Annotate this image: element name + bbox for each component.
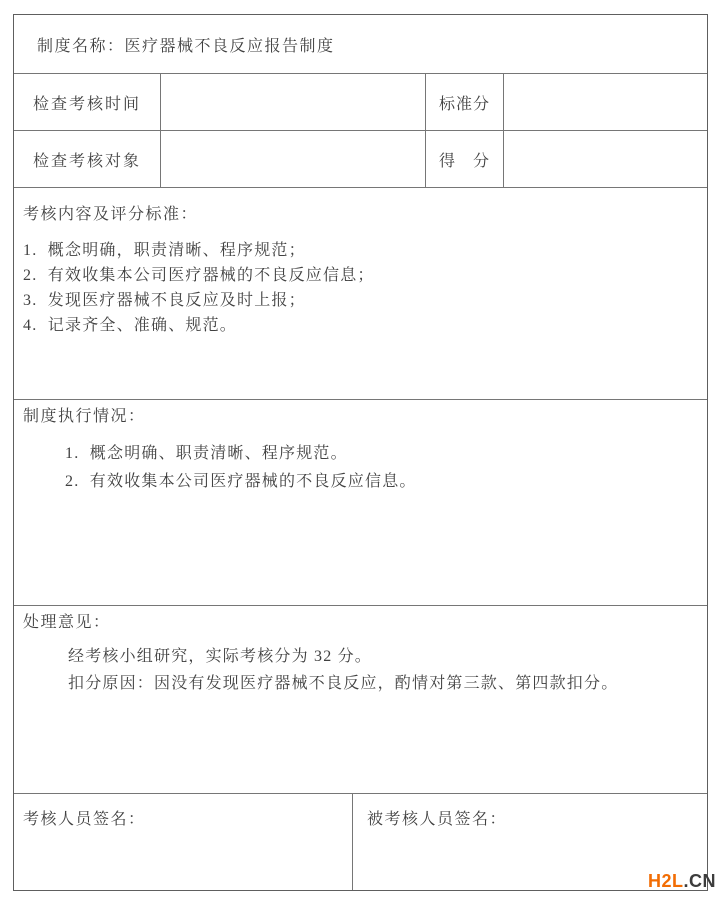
list-item: 4. 记录齐全、准确、规范。 bbox=[23, 313, 695, 338]
list-item: 1. 概念明确，职责清晰、程序规范； bbox=[23, 238, 695, 263]
list-item: 扣分原因：因没有发现医疗器械不良反应，酌情对第三款、第四款扣分。 bbox=[23, 670, 695, 697]
obtained-score-value-cell bbox=[504, 131, 707, 187]
check-time-value-cell bbox=[161, 74, 426, 130]
standard-score-value-cell bbox=[504, 74, 707, 130]
list-item: 2. 有效收集本公司医疗器械的不良反应信息。 bbox=[23, 468, 695, 496]
obtained-score-label: 得 分 bbox=[426, 131, 504, 187]
check-target-row: 检查考核对象 得 分 bbox=[14, 131, 707, 188]
assessment-criteria-section: 考核内容及评分标准： 1. 概念明确，职责清晰、程序规范；2. 有效收集本公司医… bbox=[14, 188, 707, 400]
check-target-label: 检查考核对象 bbox=[14, 131, 161, 187]
standard-score-label: 标准分 bbox=[426, 74, 504, 130]
watermark-suffix-text: .CN bbox=[684, 871, 717, 891]
list-item: 3. 发现医疗器械不良反应及时上报； bbox=[23, 288, 695, 313]
site-watermark: H2L.CN bbox=[648, 871, 716, 892]
document-page: { "colors": { "text": "#404040", "border… bbox=[0, 0, 720, 907]
list-item: 经考核小组研究，实际考核分为 32 分。 bbox=[23, 643, 695, 670]
list-item: 1. 概念明确、职责清晰、程序规范。 bbox=[23, 440, 695, 468]
assessment-criteria-list: 1. 概念明确，职责清晰、程序规范；2. 有效收集本公司医疗器械的不良反应信息；… bbox=[23, 238, 695, 338]
check-time-row: 检查考核时间 标准分 bbox=[14, 74, 707, 131]
handling-opinion-section: 处理意见： 经考核小组研究，实际考核分为 32 分。扣分原因：因没有发现医疗器械… bbox=[14, 606, 707, 794]
assessment-criteria-heading: 考核内容及评分标准： bbox=[23, 204, 695, 226]
execution-status-list: 1. 概念明确、职责清晰、程序规范。2. 有效收集本公司医疗器械的不良反应信息。 bbox=[23, 440, 695, 496]
list-item: 2. 有效收集本公司医疗器械的不良反应信息； bbox=[23, 263, 695, 288]
system-name-label: 制度名称：医疗器械不良反应报告制度 bbox=[14, 15, 707, 73]
title-row: 制度名称：医疗器械不良反应报告制度 bbox=[14, 15, 707, 74]
watermark-primary-text: H2L bbox=[648, 871, 684, 891]
check-target-value-cell bbox=[161, 131, 426, 187]
assessment-form-table: 制度名称：医疗器械不良反应报告制度 检查考核时间 标准分 检查考核对象 得 分 … bbox=[13, 14, 708, 891]
assessor-signature-label: 考核人员签名： bbox=[14, 794, 353, 890]
check-time-label: 检查考核时间 bbox=[14, 74, 161, 130]
execution-status-section: 制度执行情况： 1. 概念明确、职责清晰、程序规范。2. 有效收集本公司医疗器械… bbox=[14, 400, 707, 606]
handling-opinion-heading: 处理意见： bbox=[23, 612, 695, 634]
signature-row: 考核人员签名： 被考核人员签名： bbox=[14, 794, 707, 890]
handling-opinion-lines: 经考核小组研究，实际考核分为 32 分。扣分原因：因没有发现医疗器械不良反应，酌… bbox=[23, 643, 695, 697]
execution-status-heading: 制度执行情况： bbox=[23, 406, 695, 428]
